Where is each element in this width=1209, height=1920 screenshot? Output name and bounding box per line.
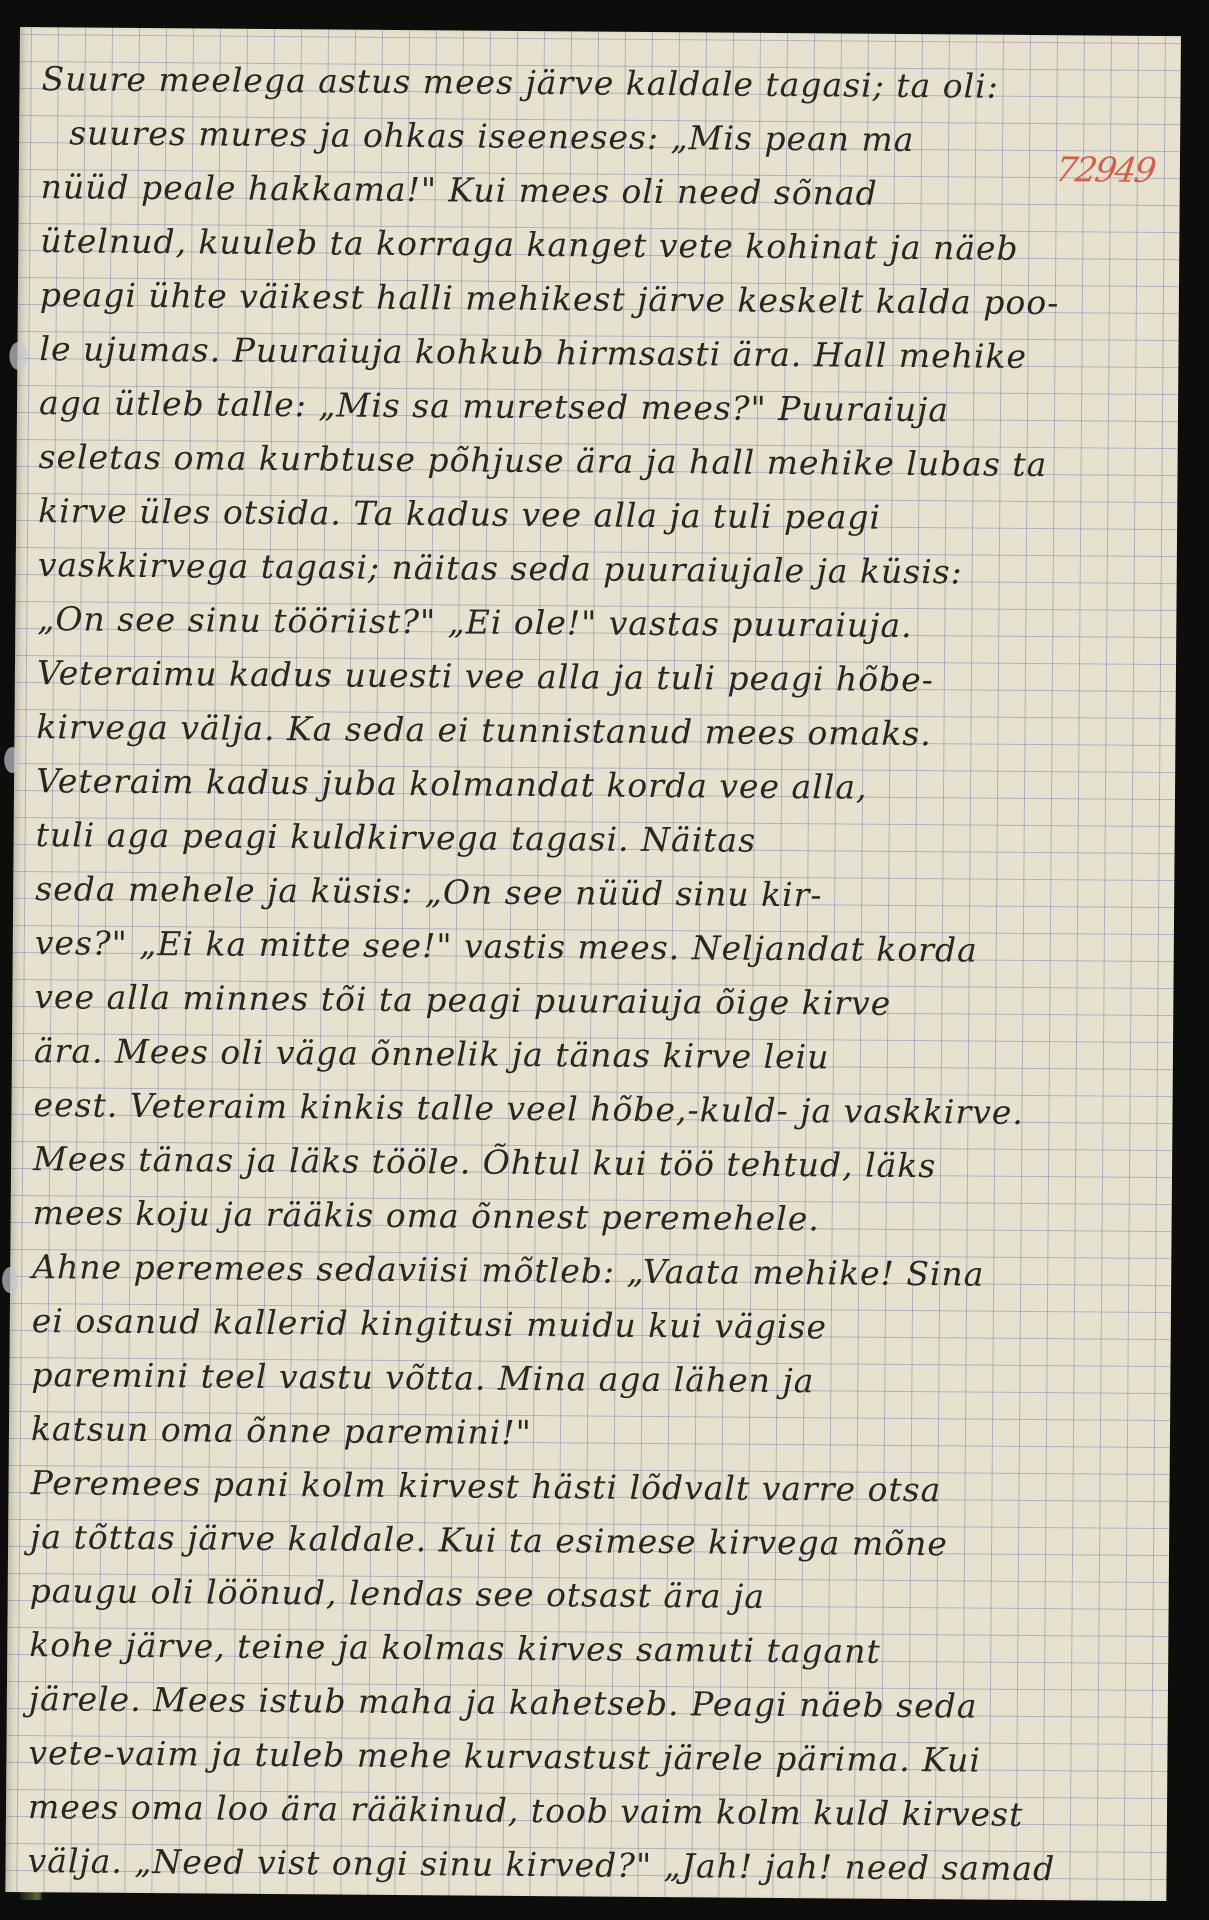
text-line: paremini teel vastu võtta. Mina aga lähe… <box>31 1355 814 1401</box>
text-line: vaskkirvega tagasi; näitas seda puuraiuj… <box>38 545 963 592</box>
text-line: „On see sinu tööriist?" „Ei ole!" vastas… <box>37 599 913 646</box>
text-line: Peremees pani kolm kirvest hästi lõdvalt… <box>30 1463 941 1510</box>
handwritten-text: Suure meelega astus mees järve kaldale t… <box>5 27 1181 1901</box>
text-line: Suure meelega astus mees järve kaldale t… <box>41 59 999 107</box>
text-line: ves?" „Ei ka mitte see!" vastis mees. Ne… <box>35 923 978 970</box>
text-line: Veteraimu kadus uuesti vee alla ja tuli … <box>37 653 934 700</box>
text-line: Ahne peremees sedaviisi mõtleb: „Vaata m… <box>32 1247 984 1294</box>
text-line: kirvega välja. Ka seda ei tunnistanud me… <box>36 707 932 754</box>
text-line: nüüd peale hakkama!" Kui mees oli need s… <box>41 167 878 214</box>
text-line: järele. Mees istub maha ja kahetseb. Pea… <box>29 1679 978 1726</box>
text-line: mees oma loo ära rääkinud, toob vaim kol… <box>28 1787 1024 1835</box>
text-line: ja tõttas järve kaldale. Kui ta esimese … <box>30 1517 948 1564</box>
text-line: seda mehele ja küsis: „On see nüüd sinu … <box>35 869 823 915</box>
text-line: peagi ühte väikest halli mehikest järve … <box>40 275 1060 323</box>
text-line: tuli aga peagi kuldkirvega tagasi. Näita… <box>35 815 756 861</box>
text-line: vee alla minnes tõi ta peagi puuraiuja õ… <box>34 977 891 1024</box>
text-line: aga ütleb talle: „Mis sa muretsed mees?"… <box>39 383 949 430</box>
text-line: ei osanud kallerid kingitusi muidu kui v… <box>32 1301 827 1347</box>
text-line: kirve üles otsida. Ta kadus vee alla ja … <box>38 491 881 538</box>
text-line: ütelnud, kuuleb ta korraga kanget vete k… <box>40 221 1019 269</box>
manuscript-page: 72949 Suure meelega astus mees järve kal… <box>5 27 1181 1901</box>
text-line: kohe järve, teine ja kolmas kirves samut… <box>29 1625 881 1672</box>
text-line: välja. „Need vist ongi sinu kirved?" „Ja… <box>27 1841 1055 1889</box>
text-line: eest. Veteraim kinkis talle veel hõbe,-k… <box>33 1085 1024 1133</box>
text-line: suures mures ja ohkas iseeneses: „Mis pe… <box>69 113 915 160</box>
text-line: katsun oma õnne paremini!" <box>31 1409 532 1453</box>
text-line: seletas oma kurbtuse põhjuse ära ja hall… <box>38 437 1047 485</box>
text-line: vete-vaim ja tuleb mehe kurvastust järel… <box>28 1733 981 1780</box>
text-line: paugu oli löönud, lendas see otsast ära … <box>30 1571 766 1617</box>
text-line: mees koju ja rääkis oma õnnest peremehel… <box>33 1193 820 1239</box>
text-line: Mees tänas ja läks tööle. Õhtul kui töö … <box>33 1139 936 1186</box>
text-line: ära. Mees oli väga õnnelik ja tänas kirv… <box>34 1031 830 1077</box>
text-line: Veteraim kadus juba kolmandat korda vee … <box>36 761 868 808</box>
text-line: le ujumas. Puuraiuja kohkub hirmsasti är… <box>39 329 1027 377</box>
